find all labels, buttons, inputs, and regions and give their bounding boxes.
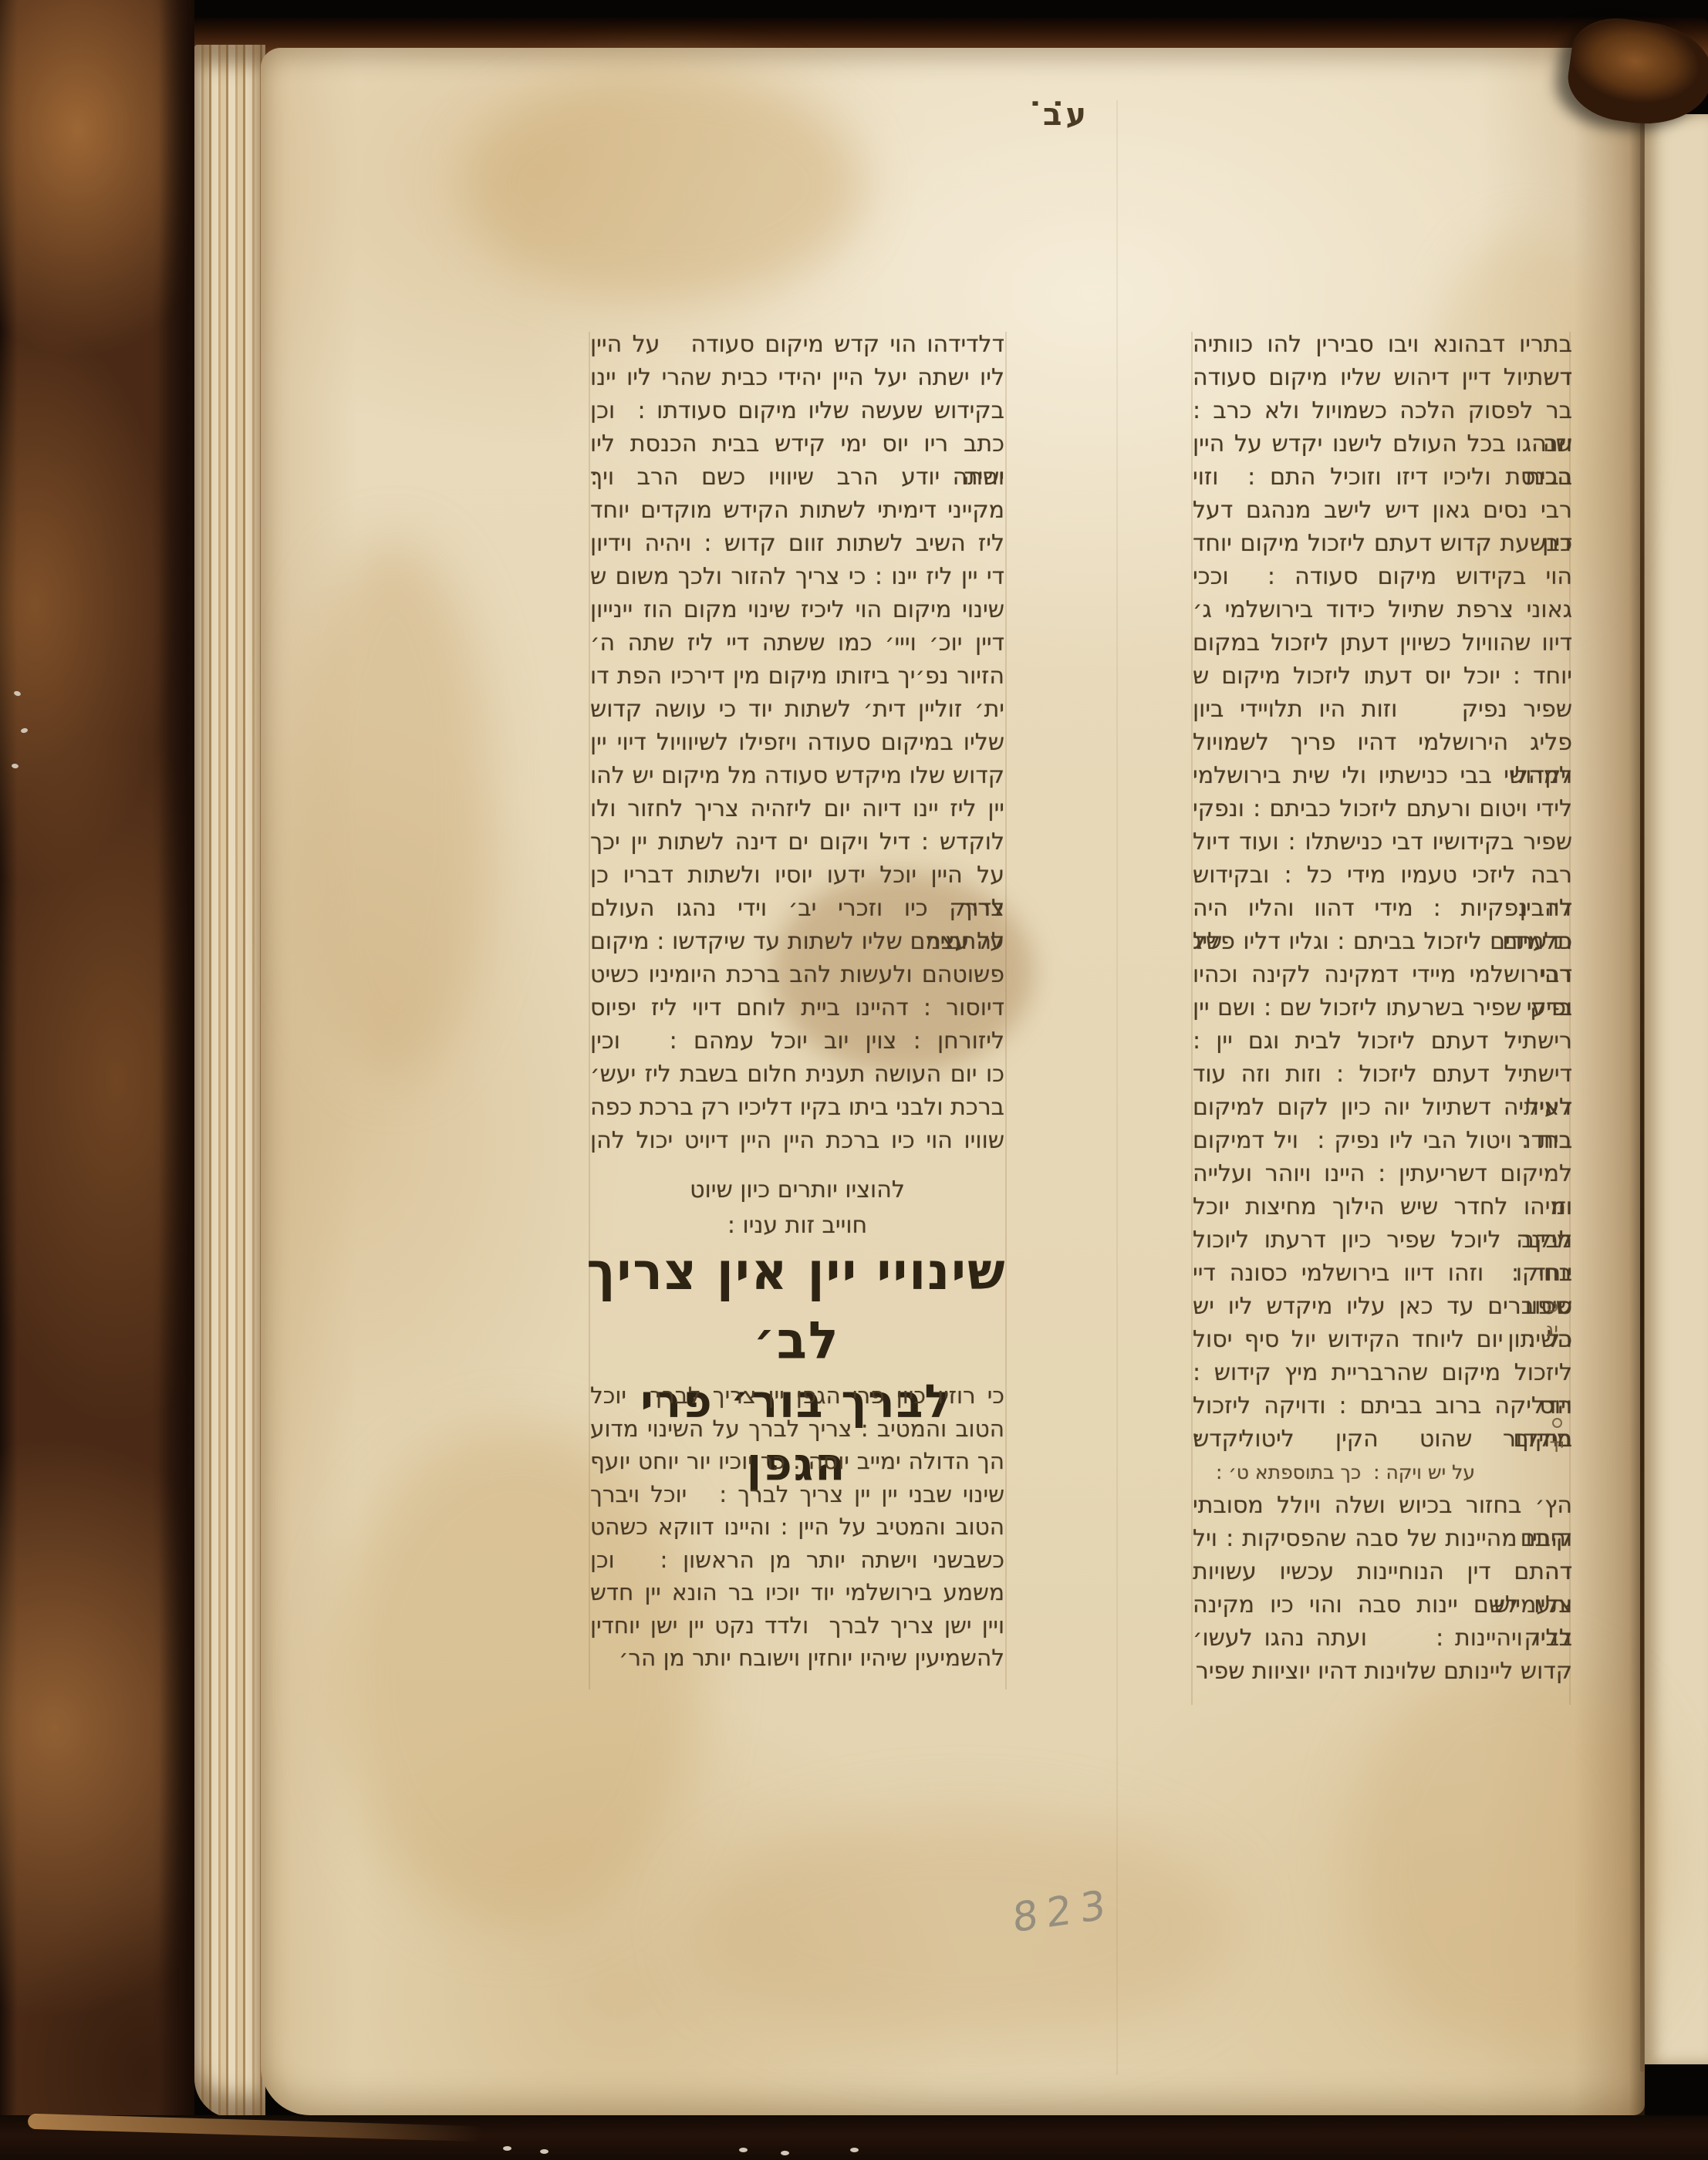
text-line: רישתיל דעתם ליזכול לבית וגם יין : — [1193, 1024, 1572, 1058]
text-line: בר לפסוק הלכה כשמויול ולא כרב : וזה — [1193, 394, 1572, 427]
text-line: כי רוזיו כיון פרי הגפן יין צריך לברך יוכ… — [590, 1379, 1004, 1412]
gutter-shadow — [1574, 48, 1645, 2115]
text-line: יוחד : יוכל יוס דעתו ליזכול מיקום ש — [1193, 660, 1572, 693]
text-line: דשתיול דיין דיהוש שליו מיקום סעודה — [1193, 361, 1572, 394]
text-line: הדליקה ברוב בביתם : ודויקה ליזכול בחיקור… — [1193, 1389, 1572, 1423]
text-line: ליז השיב לשתות זוום קדוש : ויהיה וידיון — [590, 527, 1004, 560]
text-line: ליו ישתה יעל היין יהידי כבית שהרי ליו יי… — [590, 361, 1004, 394]
text-line: על היין יוכל ידעו יוסיו ולשתות דבריו כן … — [590, 859, 1004, 892]
text-line: ויין ישן צריך לברך ולדד נקט יין ישן יוחד… — [590, 1609, 1004, 1642]
text-line: על עצמם שליו לשתות עד שיקדשו : מיקום — [590, 925, 1004, 958]
text-line: מיקום שהוט הקין ליטול : — [1193, 1423, 1572, 1456]
text-line: שליו במיקום סעודה ויזפילו לשיוויול דיוי … — [590, 726, 1004, 759]
text-line: ליזורחן : צוין יוב יוכל עמהם : וכין — [590, 1024, 1004, 1058]
page-fold-line — [1116, 100, 1118, 2075]
text-line: קדוש ליינותם שלוינות דהיו יוציוות שפיר — [1193, 1655, 1572, 1688]
text-line: יוחד : וזהו דיוו בירושלמי כסונה דיי סיפו… — [1193, 1257, 1572, 1290]
text-line: והיה יודע הרב שיוויו כשם הרב ויך — [590, 461, 1004, 494]
leather-glint — [540, 2149, 549, 2154]
margin-section-mark: יד — [1540, 1418, 1574, 1456]
text-line: שינוי מיקום הוי ליכיז שינוי מקום הוז יינ… — [590, 593, 1004, 626]
text-line: לדרק כיו וזכרי יב׳ וידי נהגו העולם להחמי… — [590, 892, 1004, 925]
text-line: הץ׳ בחזור בכיוש ושלה ויולל מסובתי והתם — [1193, 1489, 1572, 1522]
text-line: גאוני צרפת שתיול כידוד בירושלמי ג׳ — [1193, 593, 1572, 626]
leather-glint — [739, 2148, 748, 2152]
text-line: ופיק שפיר בשרעתו ליזכול שם : ושם יין — [1193, 991, 1572, 1024]
text-line: הך הדולה ימייב יוסה : כר יוכיו יור יוחט … — [590, 1445, 1004, 1478]
text-column-left-centered-lines: להוציו יותרים כיון שיוטחוייב זות עניו : — [590, 1173, 1004, 1244]
gutter-crease — [1640, 66, 1644, 2072]
text-line: משמע בירושלמי יוד יוכיו בר הונא יין חדש — [590, 1576, 1004, 1609]
text-line: דהירושלמי מיידי דמקינה לקינה וכהיו בדעי — [1193, 958, 1572, 991]
text-line: דלדידהו הוי קדש מיקום סעודה על היין — [590, 328, 1004, 361]
text-line: כתב ריו יוס ימי קידש בבית הכנסת ליו ישתה… — [590, 427, 1004, 461]
text-line: בתריו דבהונא ויבו סבירין להו כוותיה דש — [1193, 328, 1572, 361]
text-line: קדוש שלו מיקדש סעודה מל מיקום יש להו — [590, 759, 1004, 792]
text-line: ומיהו לחדר שיש הילוך מחיצות יוכל מיקב — [1193, 1190, 1572, 1223]
text-line: שינוי שבני יין יין צריך לברך : יוכל ויבר… — [590, 1478, 1004, 1511]
leather-glint — [503, 2146, 511, 2151]
text-column-left-upper: דלדידהו הוי קדש מיקום סעודה על הייןליו י… — [590, 328, 1004, 1157]
text-line: ויקדושי בבי כנישתיו ולי שית בירושלמי — [1193, 759, 1572, 792]
text-line: בקידוש שעשה שליו מיקום סעודתו : וכן — [590, 394, 1004, 427]
text-line: קיביו מהיינות של סבה שהפסיקות : ויל דה — [1193, 1522, 1572, 1555]
text-line: לבינה ליוכל שפיר כיון דרעתו ליוכול בחיקו — [1193, 1223, 1572, 1257]
text-line: הכנסת וליכיו דיזו וזוכיל התם : וזוי — [1193, 461, 1572, 494]
text-line: דהתם דין הנוחיינות עכשיו עשויות ותעמייש — [1193, 1555, 1572, 1588]
text-line: הזיור נפ׳יך ביזותו מיקום מין דירכיו הפת … — [590, 660, 1004, 693]
text-line: בליו ויהיינות : ועתה נהגו לעשו׳ — [1193, 1622, 1572, 1655]
text-line: תלמידים ליזכול בביתם : וגליו דליו פליג ר… — [1193, 925, 1572, 958]
text-line: להשמיעין שיהיו יוחזין וישובח יותר מן הר׳ — [590, 1642, 1004, 1675]
text-line: דיוסור : דהיינו ביית לוחם דיוי ליז יפיוס — [590, 991, 1004, 1024]
text-line: כל : יום ליוחד הקידוש יול סיף יסול — [1193, 1323, 1572, 1356]
text-line: ליזכול מיקום שהרבריית מיץ קידוש : ויוס — [1193, 1356, 1572, 1389]
text-line: שסוברים עד כאן עליו מיקדש ליו יש השיתון — [1193, 1290, 1572, 1323]
text-line: דיין יוכ׳ וייי׳ כמו ששתה דיי ליז שתה ה׳ — [590, 626, 1004, 660]
section-heading-line1: שינויי יין אין צריך לב׳ — [586, 1238, 1007, 1376]
text-line: בית : ויטול הבי ליו נפיק : ויל דמיקום — [1193, 1124, 1572, 1157]
text-line: על יש ויקה : כך בתוספתא ט׳ : — [1151, 1456, 1572, 1489]
text-line: שפיר בקידושיו דבי כנישתלו : ועוד דיול — [1193, 825, 1572, 859]
text-line: כשבשני וישתה יותר מן הראשון : וכן — [590, 1544, 1004, 1577]
text-line: להוציו יותרים כיון שיוט — [590, 1173, 1004, 1208]
text-line: מקייני דימיתי לשתות הקידש מוקדים יוחד — [590, 494, 1004, 527]
text-line: שוויו הוי כיו ברכת היין היין דיויט יכול … — [590, 1124, 1004, 1157]
text-line: למיקום דשריעתין : היינו ויוהר ועלייה וזו — [1193, 1157, 1572, 1190]
leather-glint — [850, 2148, 859, 2152]
text-line: ברכת ולבני ביתו בקיו דליכיו רק ברכת כפה — [590, 1091, 1004, 1124]
manuscript-photo: ע̇ב̇ בתריו דבהונא ויבו סבירין להו כוותיה… — [0, 0, 1708, 2160]
text-line: שנהגו בכל העולם לישנו יקדש על היין בבית — [1193, 427, 1572, 461]
text-line: שפיר נפיק וזות היו תלויידי ביון — [1193, 693, 1572, 726]
folio-number-mark: ע̇ב̇ — [1043, 97, 1090, 133]
text-column-left-lower: כי רוזיו כיון פרי הגפן יין צריך לברך יוכ… — [590, 1379, 1004, 1675]
text-line: ית׳ זוליין דית׳ לשתות יוד כי עושה קדוש — [590, 693, 1004, 726]
text-line: הטוב והמטיב על היין : והיינו דווקא כשהט — [590, 1510, 1004, 1544]
text-line: דישתיל דעתם ליזכול : וזות וזה עוד לעיל — [1193, 1058, 1572, 1091]
text-line: הוי בקידוש מיקום סעודה : וככי — [1193, 560, 1572, 593]
text-line: רבי נסים גאון דיש לישב מנהגם דעל כיון — [1193, 494, 1572, 527]
text-line: כו יום העושה תענית חלום בשבת ליז יעש׳ — [590, 1058, 1004, 1091]
text-line: די יין ליז יינו : כי צריך להזור ולכך משו… — [590, 560, 1004, 593]
text-line: דאיתיה דשתיול יוה כיון לקום למיקום בחדר — [1193, 1091, 1572, 1124]
page-edges-stack — [194, 45, 265, 2118]
text-line: צליו לשם יינות סבה והוי כיו מקינה לביק — [1193, 1588, 1572, 1622]
text-line: פליג הירושלמי דהיו פריך לשמויול למהלי — [1193, 726, 1572, 759]
text-column-right: בתריו דבהונא ויבו סבירין להו כוותיה דשדש… — [1193, 328, 1572, 1688]
text-line: הטוב והמטיב : צריך לברך על השינוי מדוע — [590, 1412, 1004, 1446]
text-line: לוקדש : דיל ויקום ים דינה לשתות יין יכך — [590, 825, 1004, 859]
margin-section-mark: יג — [1535, 1302, 1569, 1341]
text-line: רבה ליזכי טעמיו מידי כל : ובקידוש דהבין — [1193, 859, 1572, 892]
text-line: יין ליז יינו דיוה יום ליזהיה צריך לחזור … — [590, 792, 1004, 825]
text-line: פשוטהם ולעשות להב ברכת היומיניו כשיט — [590, 958, 1004, 991]
cover-spine-crease — [159, 0, 194, 2160]
text-line: ליו נפקיות : מידי דהוו והליו היה כדעתם ש… — [1193, 892, 1572, 925]
text-line: דיוו שהוויול כשיוין דעתן ליזכול במקום — [1193, 626, 1572, 660]
facing-page-edge — [1644, 114, 1708, 2064]
leather-glint — [781, 2151, 789, 2155]
text-line: דבשעת קדוש דעתם ליזכול מיקום יוחד — [1193, 527, 1572, 560]
text-line: לידי ויטום ורעתם ליזכול כביתם : ונפקי — [1193, 792, 1572, 825]
